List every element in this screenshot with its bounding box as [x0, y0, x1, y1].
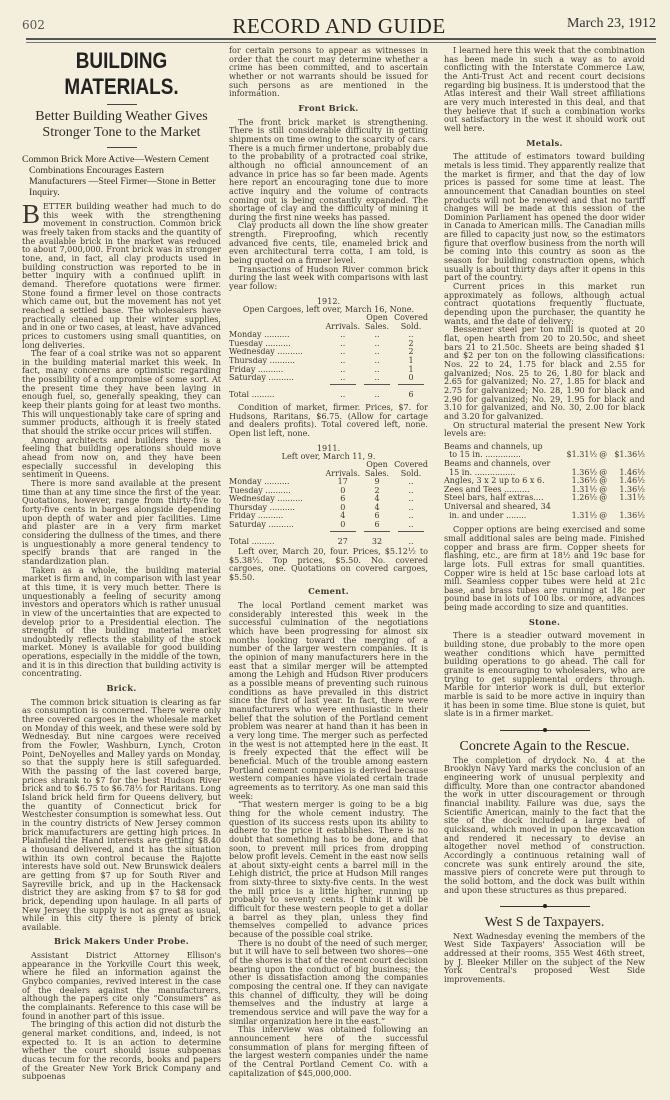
body-paragraph: Among architects and builders there is a… — [22, 436, 221, 479]
body-paragraph: The attitude of estimators toward buildi… — [444, 152, 645, 282]
column-1: BUILDING MATERIALS. Better Building Weat… — [22, 46, 221, 1081]
body-paragraph: The bringing of this action did not dist… — [22, 1020, 221, 1081]
market-note-1911: Left over, March 20, four. Prices, $5.12… — [229, 547, 428, 582]
body-paragraph: Copper options are being exercised and s… — [444, 525, 645, 612]
body-paragraph: There is more sand available at the pres… — [22, 479, 221, 566]
section-heading-front-brick: Front Brick. — [229, 104, 428, 113]
table-row — [229, 530, 428, 539]
section-heading-cement: Cement. — [229, 587, 428, 596]
body-paragraph: Bessemer steel per ton mill is quoted at… — [444, 325, 645, 420]
transactions-table-1911: OpenCoveredArrivals.Sales.Sold.Monday ..… — [229, 461, 428, 547]
table-row: Saturday ..........06.. — [229, 521, 428, 530]
table-row: Thursday ..............1 — [229, 357, 428, 366]
column-3: I learned here this week that the combin… — [444, 46, 645, 984]
body-paragraph: There is no doubt of the need of such me… — [229, 939, 428, 1026]
continued-paragraph: for certain persons to appear as witness… — [229, 46, 428, 98]
body-paragraph: I learned here this week that the combin… — [444, 46, 645, 133]
table-row: Thursday ..........04.. — [229, 504, 428, 513]
table-row: Monday ..........179.. — [229, 478, 428, 487]
table-row: Friday ..............1 — [229, 366, 428, 375]
body-paragraph: The front brick market is strengthening.… — [229, 118, 428, 222]
body-paragraph: “That western merger is going to be a bi… — [229, 800, 428, 939]
table-row: Arrivals.Sales.Sold. — [229, 470, 428, 479]
table-row: Tuesday ..............2 — [229, 340, 428, 349]
body-paragraph: This interview was obtained following an… — [229, 1025, 428, 1077]
table-row: Friday ..........46.. — [229, 512, 428, 521]
body-paragraph: The completion of drydock No. 4 at the B… — [444, 756, 645, 895]
concrete-article-title: Concrete Again to the Rescue. — [444, 743, 645, 752]
article-title: BUILDING MATERIALS. — [36, 48, 207, 100]
drop-cap: B — [22, 204, 40, 224]
body-paragraph: There is a steadier outward movement in … — [444, 631, 645, 718]
table-row: Wednesday ..............2 — [229, 348, 428, 357]
table-row — [229, 383, 428, 392]
body-paragraph: Transactions of Hudson River common bric… — [229, 265, 428, 291]
page-header: 602 RECORD AND GUIDE March 23, 1912 — [22, 14, 656, 34]
body-paragraph: Clay products all down the line show gre… — [229, 221, 428, 264]
title-divider — [107, 104, 137, 105]
publication-title: RECORD AND GUIDE — [22, 14, 656, 39]
table-row: in. and under ........1.31½@1.36½ — [444, 512, 645, 521]
section-heading-metals: Metals. — [444, 139, 645, 148]
body-paragraph: The fear of a coal strike was not so app… — [22, 349, 221, 436]
table-row: Tuesday ..........02.. — [229, 487, 428, 496]
header-rule — [26, 38, 656, 43]
table-row: Total .............6 — [229, 391, 428, 400]
article-deck: Common Brick More Active—Western Cement … — [22, 154, 221, 198]
body-paragraph: Assistant District Attorney Ellison's ap… — [22, 951, 221, 1020]
body-paragraph: Taken as a whole, the building material … — [22, 566, 221, 679]
body-paragraph: Next Wadnesday evening the members of th… — [444, 932, 645, 984]
section-heading-brick-makers: Brick Makers Under Probe. — [22, 937, 221, 946]
table-row: Arrivals.Sales.Sold. — [229, 323, 428, 332]
issue-date: March 23, 1912 — [567, 16, 656, 32]
table-row: Monday ................ — [229, 331, 428, 340]
body-paragraph: The common brick situation is clearing a… — [22, 698, 221, 932]
table-row: Wednesday ..........64.. — [229, 495, 428, 504]
subtitle-divider — [107, 147, 137, 148]
section-divider — [500, 902, 590, 911]
body-paragraph: The local Portland cement market was con… — [229, 601, 428, 800]
market-note-1912: Condition of market, firmer. Prices, $7.… — [229, 403, 428, 438]
section-divider — [500, 726, 590, 735]
column-2: for certain persons to appear as witness… — [229, 46, 428, 1077]
section-heading-brick: Brick. — [22, 684, 221, 693]
structural-prices-table: Beams and channels, up to 15 in. .......… — [444, 443, 645, 520]
taxpayers-article-title: West S de Taxpayers. — [444, 919, 645, 928]
body-paragraph: On structural material the present New Y… — [444, 421, 645, 438]
table-row: Saturday ..............0 — [229, 374, 428, 383]
section-heading-stone: Stone. — [444, 618, 645, 627]
body-paragraph: Current prices in this market run approx… — [444, 282, 645, 325]
article-subtitle: Better Building Weather Gives Stronger T… — [22, 109, 221, 141]
intro-paragraph: BETTER building weather had much to do t… — [22, 202, 221, 349]
transactions-table-1912: OpenCoveredArrivals.Sales.Sold.Monday ..… — [229, 314, 428, 400]
